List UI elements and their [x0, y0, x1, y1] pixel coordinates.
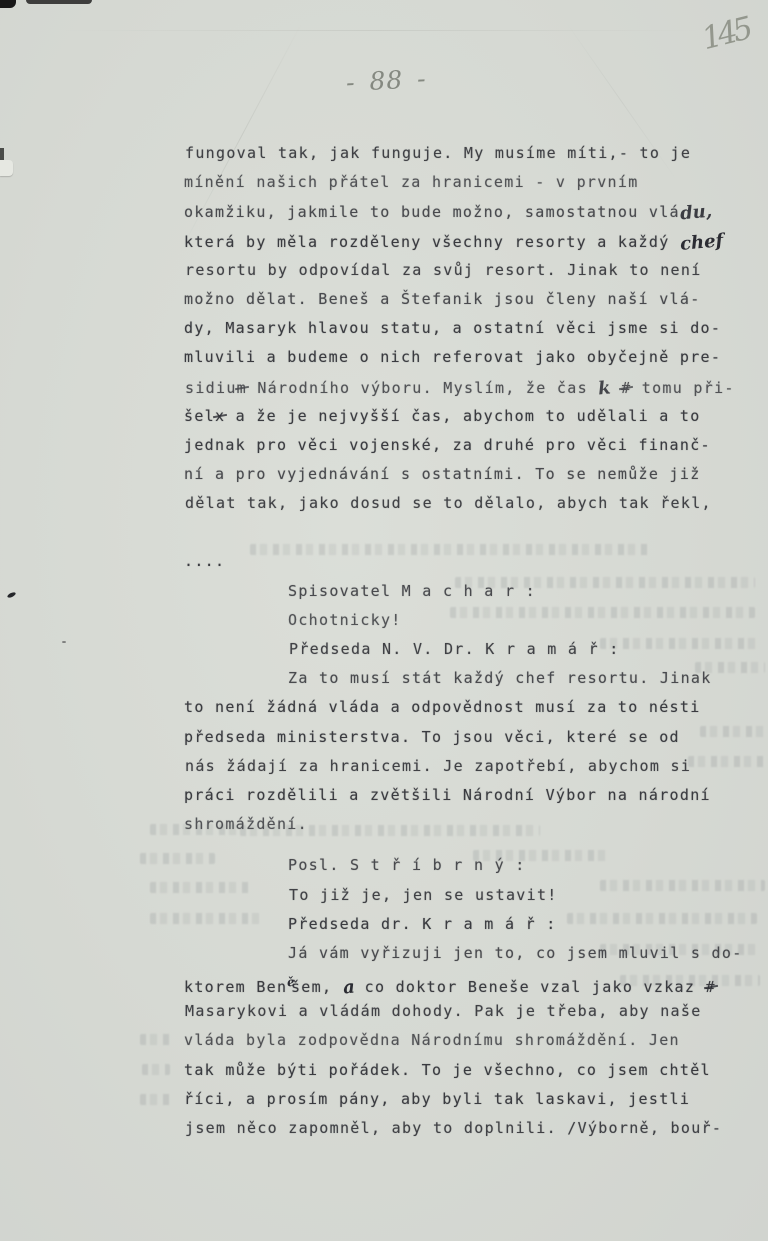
scan-edge-artifact	[0, 0, 16, 8]
typed-text: jsem něco zapomněl, aby to doplnili. /Vý…	[185, 1119, 722, 1137]
typescript-text: fungoval tak, jak funguje. My musíme mít…	[184, 139, 744, 1143]
typed-text: ....	[184, 552, 225, 570]
handwritten-correction: k	[597, 373, 612, 403]
text-line: práci rozdělili a zvětšili Národní Výbor…	[184, 781, 744, 810]
text-line: tak může býti pořádek. To je všechno, co…	[184, 1056, 744, 1085]
typed-text: shromáždění.	[184, 815, 308, 833]
typed-text: To již je, jen se ustavit!	[289, 886, 558, 904]
text-line: dy, Masaryk hlavou statu, a ostatní věci…	[184, 314, 744, 343]
text-line: možno dělat. Beneš a Štefanik jsou členy…	[184, 285, 744, 314]
text-line: Za to musí stát každý chef resortu. Jina…	[288, 664, 744, 693]
typed-text: mluvili a budeme o nich referovat jako o…	[184, 348, 721, 366]
typed-text: jednak pro věci vojenské, za druhé pro v…	[184, 436, 711, 454]
bleed-through-smudge	[140, 1094, 172, 1105]
text-line: Předseda dr. K r a m á ř :	[288, 910, 744, 939]
typed-text: vláda byla zodpovědna Národnímu shromážd…	[184, 1031, 680, 1049]
typed-text: Já vám vyřizuji jen to, co jsem mluvil s…	[288, 944, 743, 962]
text-line: Spisovatel M a c h a r :	[288, 577, 744, 606]
struck-character: #	[621, 374, 631, 403]
text-line: říci, a prosím pány, aby byli tak laskav…	[184, 1085, 744, 1114]
text-line: nás žádají za hranicemi. Je zapotřebí, a…	[185, 752, 745, 781]
typed-text: ktorem Ben	[184, 978, 287, 996]
struck-character: x	[215, 402, 225, 431]
text-line: shromáždění.	[184, 810, 744, 839]
ink-speck	[62, 641, 66, 643]
text-line: předseda ministerstva. To jsou věci, kte…	[184, 723, 744, 752]
typed-text: resortu by odpovídal za svůj resort. Jin…	[185, 261, 702, 279]
text-line: mínění našich přátel za hranicemi - v pr…	[184, 168, 744, 197]
typed-text: Ochotnicky!	[288, 611, 402, 629]
typed-text: šem,	[291, 978, 343, 996]
text-line: okamžiku, jakmile to bude možno, samosta…	[184, 197, 744, 226]
text-line: to není žádná vláda a odpovědnost musí z…	[184, 693, 744, 722]
typed-text: tak může býti pořádek. To je všechno, co…	[184, 1061, 711, 1079]
typed-text: Masarykovi a vládám dohody. Pak je třeba…	[185, 1002, 702, 1020]
typed-text: tomu při-	[631, 379, 734, 397]
handwritten-correction: du,	[679, 197, 713, 229]
text-line: šelx a že je nejvyšší čas, abychom to ud…	[184, 402, 744, 431]
text-line: mluvili a budeme o nich referovat jako o…	[184, 343, 744, 372]
scan-edge-artifact	[26, 0, 92, 4]
typed-text: a že je nejvyšší čas, abychom to udělali…	[225, 407, 700, 425]
text-line: resortu by odpovídal za svůj resort. Jin…	[185, 256, 745, 285]
typed-text: ní a pro vyjednávání s ostatními. To se …	[184, 465, 701, 483]
typed-text: říci, a prosím pány, aby byli tak laskav…	[184, 1090, 690, 1108]
text-line: jednak pro věci vojenské, za druhé pro v…	[184, 431, 744, 460]
text-line: jsem něco zapomněl, aby to doplnili. /Vý…	[185, 1114, 745, 1143]
ink-speck	[7, 591, 17, 598]
struck-character: m	[237, 374, 247, 403]
handwritten-page-number: - 88 -	[345, 64, 427, 97]
typed-text: fungoval tak, jak funguje. My musíme mít…	[185, 144, 691, 162]
text-line: Masarykovi a vládám dohody. Pak je třeba…	[185, 997, 745, 1026]
typed-text: možno dělat. Beneš a Štefanik jsou členy…	[184, 290, 701, 308]
text-line: To již je, jen se ustavit!	[289, 881, 745, 910]
text-line: vláda byla zodpovědna Národnímu shromážd…	[184, 1026, 744, 1055]
typed-text: která by měla rozděleny všechny resorty …	[184, 233, 680, 251]
text-line: ....	[184, 547, 744, 576]
typed-text: Posl. S t ř í b r n ý :	[288, 856, 526, 874]
typed-text: dy, Masaryk hlavou statu, a ostatní věci…	[184, 319, 721, 337]
text-line: ktorem Beněšem, a co doktor Beneše vzal …	[184, 968, 744, 997]
text-line: sidium Národního výboru. Myslím, že čas …	[185, 373, 745, 402]
typed-text: co doktor Beneše vzal jako vzkaz	[354, 978, 705, 996]
document-page: 145 - 88 - fungoval tak, jak funguje. My…	[0, 0, 768, 1241]
typed-text: Národního výboru. Myslím, že čas	[247, 379, 598, 397]
text-line: ní a pro vyjednávání s ostatními. To se …	[184, 460, 744, 489]
typed-text: mínění našich přátel za hranicemi - v pr…	[184, 173, 639, 191]
typed-text: to není žádná vláda a odpovědnost musí z…	[184, 698, 701, 716]
text-line: fungoval tak, jak funguje. My musíme mít…	[185, 139, 745, 168]
typed-text: Spisovatel M a c h a r :	[288, 582, 536, 600]
text-line: Posl. S t ř í b r n ý :	[288, 851, 744, 880]
text-line: Předseda N. V. Dr. K r a m á ř :	[289, 635, 745, 664]
text-line: Ochotnicky!	[288, 606, 744, 635]
typed-text: práci rozdělili a zvětšili Národní Výbor…	[184, 786, 711, 804]
text-line: dělat tak, jako dosud se to dělalo, abyc…	[185, 489, 745, 518]
typed-text: nás žádají za hranicemi. Je zapotřebí, a…	[185, 757, 691, 775]
paper-crease	[60, 30, 700, 31]
scan-edge-artifact	[0, 160, 13, 176]
typed-text: předseda ministerstva. To jsou věci, kte…	[184, 728, 680, 746]
handwritten-correction: chef	[679, 226, 725, 259]
text-line: Já vám vyřizuji jen to, co jsem mluvil s…	[288, 939, 744, 968]
bleed-through-smudge	[142, 1064, 170, 1075]
typed-text: okamžiku, jakmile to bude možno, samosta…	[184, 203, 680, 221]
typed-text: dělat tak, jako dosud se to dělalo, abyc…	[185, 494, 712, 512]
handwritten-corner-mark: 145	[698, 11, 752, 57]
typed-text: sidiu	[185, 379, 237, 397]
typed-text: šel	[184, 407, 215, 425]
text-line: která by měla rozděleny všechny resorty …	[184, 227, 744, 256]
bleed-through-smudge	[140, 1034, 172, 1045]
typed-text: Předseda N. V. Dr. K r a m á ř :	[289, 640, 620, 658]
typed-text: Předseda dr. K r a m á ř :	[288, 915, 557, 933]
typed-text: Za to musí stát každý chef resortu. Jina…	[288, 669, 712, 687]
